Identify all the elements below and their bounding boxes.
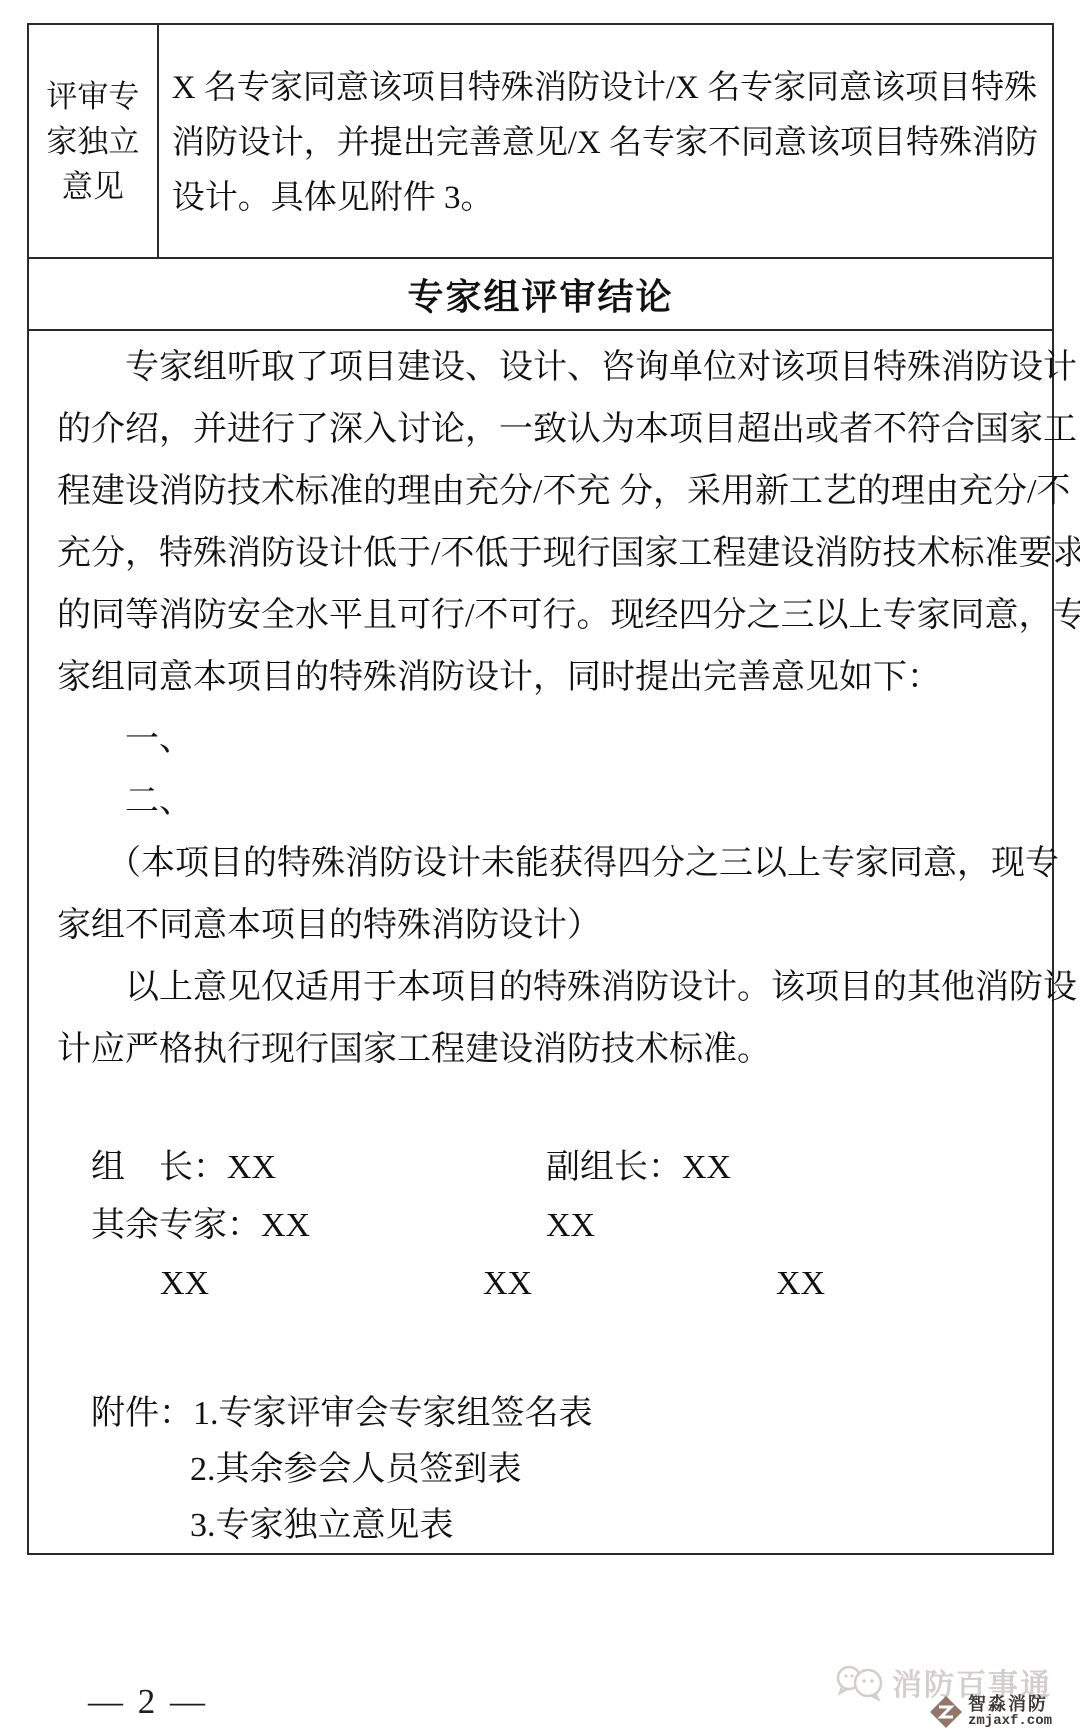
body-line: 家组同意本项目的特殊消防设计，同时提出完善意见如下： bbox=[57, 647, 1024, 709]
other-expert-signature: XX bbox=[546, 1195, 595, 1257]
attachment-item: 2.其余参会人员签到表 bbox=[57, 1439, 1024, 1495]
spacer bbox=[57, 1311, 1024, 1383]
signature-row-others-2: XX XX XX bbox=[57, 1253, 1024, 1311]
spacer bbox=[57, 1081, 1024, 1137]
content-line: 设计。具体见附件 3。 bbox=[172, 171, 1038, 226]
expert-opinion-row: 评审专 家独立 意见 X 名专家同意该项目特殊消防设计/X 名专家同意该项目特殊… bbox=[29, 25, 1052, 259]
label-line: 意见 bbox=[62, 164, 124, 209]
expert-opinion-label-cell: 评审专 家独立 意见 bbox=[29, 25, 159, 257]
content-line: X 名专家同意该项目特殊消防设计/X 名专家同意该项目特殊 bbox=[172, 61, 1038, 116]
content-line: 消防设计，并提出完善意见/X 名专家不同意该项目特殊消防 bbox=[172, 116, 1038, 171]
expert-opinion-content-cell: X 名专家同意该项目特殊消防设计/X 名专家同意该项目特殊 消防设计，并提出完善… bbox=[159, 25, 1052, 257]
other-expert-signature: XX bbox=[160, 1253, 209, 1315]
logo-domain: zmjaxf.com bbox=[968, 1714, 1052, 1729]
page-number: — 2 — bbox=[88, 1682, 208, 1722]
body-line: 的同等消防安全水平且可行/不可行。现经四分之三以上专家同意，专 bbox=[57, 585, 1024, 647]
zm-diamond-logo-icon bbox=[928, 1694, 964, 1730]
attachment-item: 附件：1.专家评审会专家组签名表 bbox=[57, 1383, 1024, 1439]
body-line: 专家组听取了项目建设、设计、咨询单位对该项目特殊消防设计 bbox=[57, 337, 1024, 399]
other-expert-signature: XX bbox=[483, 1253, 532, 1315]
logo-title: 智淼消防 bbox=[968, 1695, 1048, 1714]
body-line: 程建设消防技术标准的理由充分/不充 分，采用新工艺的理由充分/不 bbox=[57, 461, 1024, 523]
label-line: 家独立 bbox=[46, 119, 139, 164]
body-line: （本项目的特殊消防设计未能获得四分之三以上专家同意，现专 bbox=[57, 833, 1024, 895]
body-line-item-two: 二、 bbox=[57, 771, 1024, 833]
deputy-leader-signature: 副组长：XX bbox=[546, 1137, 731, 1199]
review-conclusion-table: 评审专 家独立 意见 X 名专家同意该项目特殊消防设计/X 名专家同意该项目特殊… bbox=[27, 23, 1054, 1555]
body-line: 家组不同意本项目的特殊消防设计） bbox=[57, 895, 1024, 957]
conclusion-body-cell: 专家组听取了项目建设、设计、咨询单位对该项目特殊消防设计 的介绍，并进行了深入讨… bbox=[29, 331, 1052, 1551]
body-line-item-one: 一、 bbox=[57, 709, 1024, 771]
watermark: 消防百事通 智淼消防 zmjaxf.com bbox=[822, 1660, 1052, 1733]
section-header-title: 专家组评审结论 bbox=[407, 269, 673, 320]
body-line: 充分，特殊消防设计低于/不低于现行国家工程建设消防技术标准要求 bbox=[57, 523, 1024, 585]
signature-row-leaders: 组 长：XX 副组长：XX bbox=[57, 1137, 1024, 1195]
section-header-row: 专家组评审结论 bbox=[29, 259, 1052, 331]
leader-signature: 组 长：XX bbox=[91, 1137, 276, 1199]
body-line: 以上意见仅适用于本项目的特殊消防设计。该项目的其他消防设 bbox=[57, 957, 1024, 1019]
brand-logo: 智淼消防 zmjaxf.com bbox=[928, 1694, 1052, 1730]
body-line: 的介绍，并进行了深入讨论，一致认为本项目超出或者不符合国家工 bbox=[57, 399, 1024, 461]
attachment-item: 3.专家独立意见表 bbox=[57, 1495, 1024, 1551]
label-line: 评审专 bbox=[46, 74, 139, 119]
other-expert-signature: XX bbox=[776, 1253, 825, 1315]
other-experts-label: 其余专家：XX bbox=[91, 1195, 310, 1257]
chat-bubbles-icon bbox=[834, 1662, 886, 1702]
signature-row-others-1: 其余专家：XX XX bbox=[57, 1195, 1024, 1253]
body-line: 计应严格执行现行国家工程建设消防技术标准。 bbox=[57, 1019, 1024, 1081]
